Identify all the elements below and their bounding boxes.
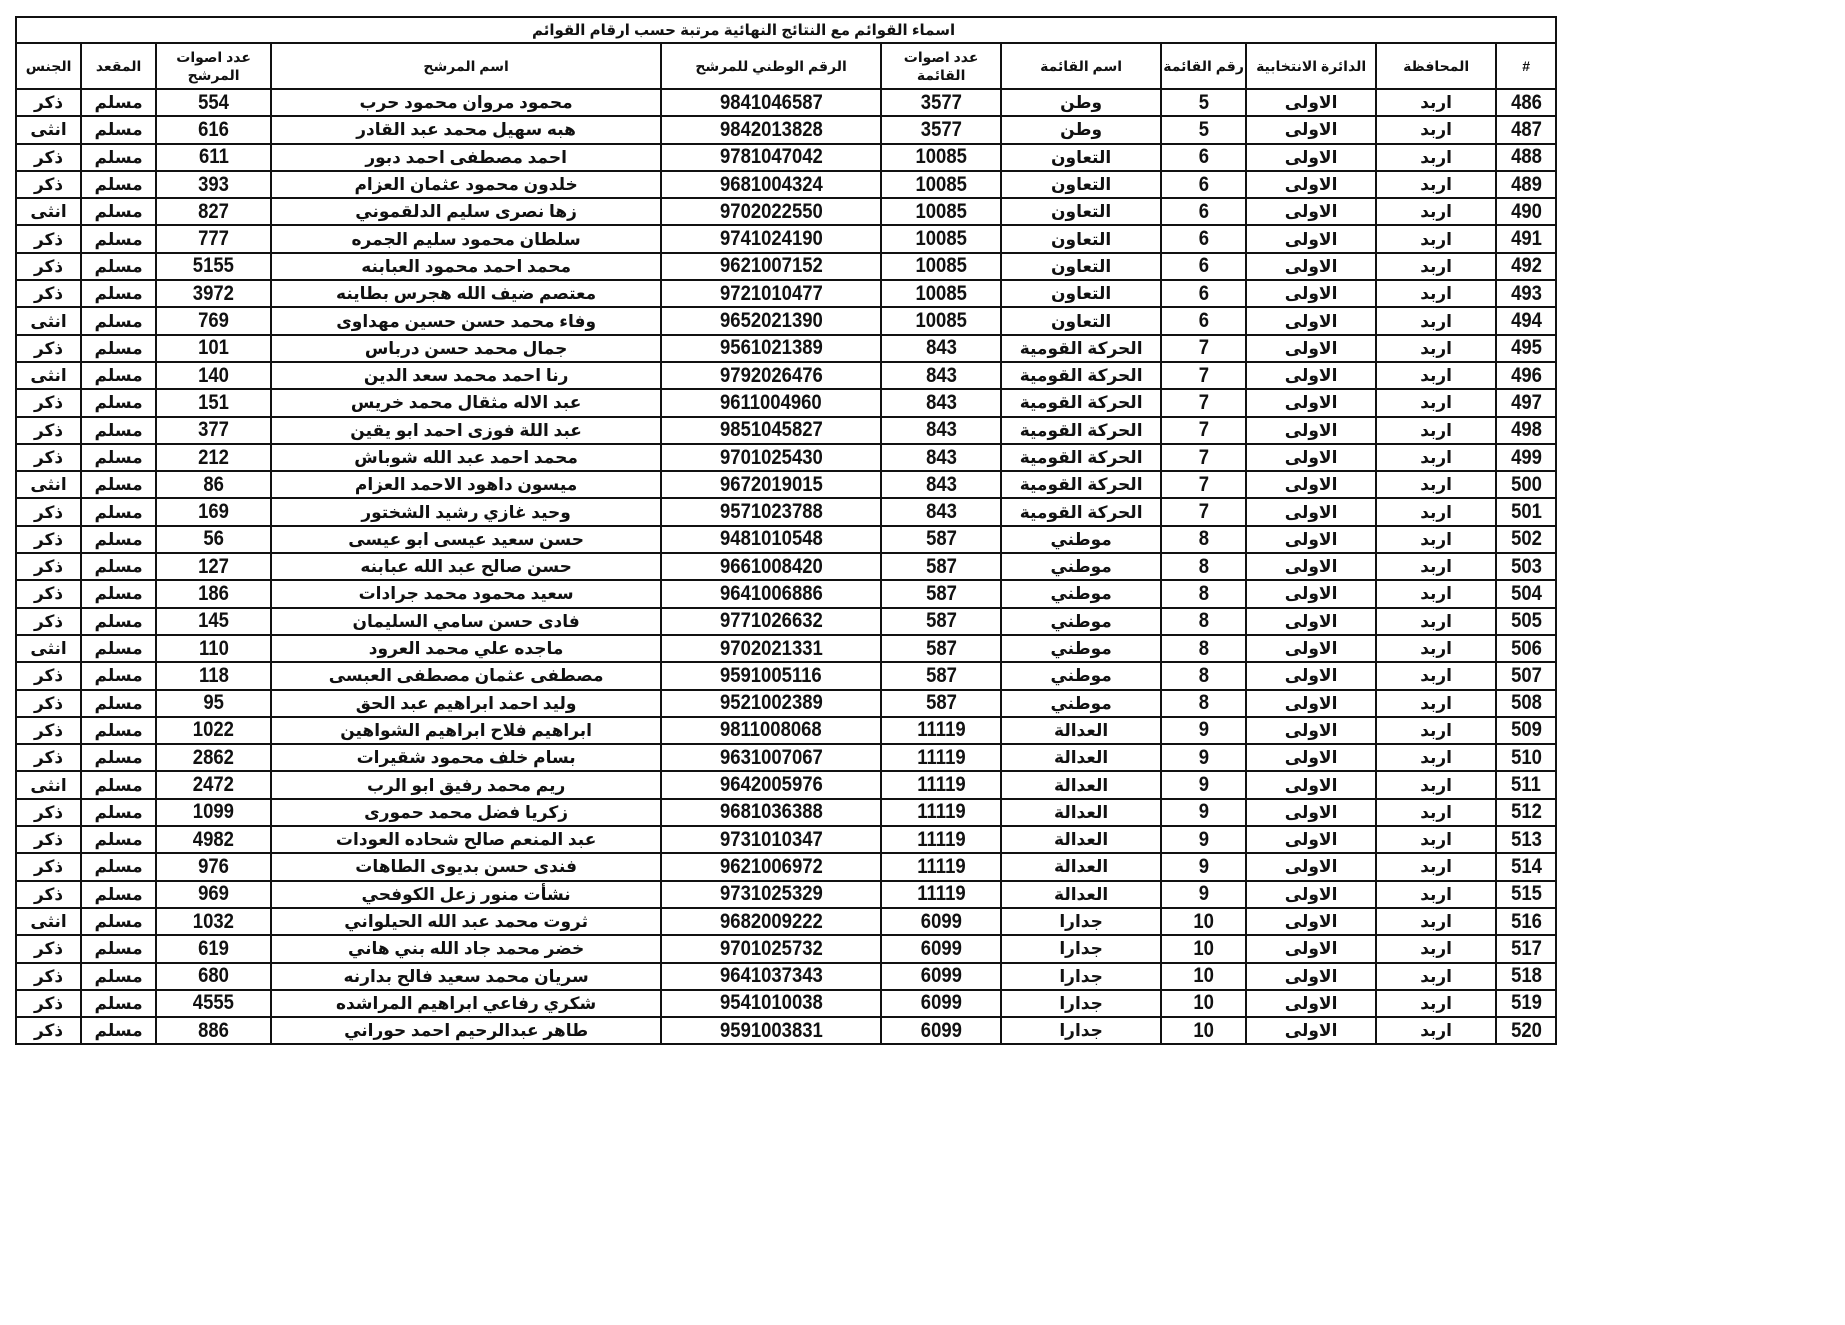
cell-seat-text: مسلم (95, 448, 143, 467)
cell-national-id-text: 9721010477 (720, 282, 823, 306)
cell-candidate-name: ثروت محمد عبد الله الحيلواني (271, 908, 661, 935)
cell-index: 518 (1496, 963, 1556, 990)
cell-governorate: اربد (1376, 253, 1496, 280)
cell-district: الاولى (1246, 553, 1376, 580)
cell-index: 503 (1496, 553, 1556, 580)
cell-list-votes-text: 11119 (917, 882, 965, 906)
cell-governorate: اربد (1376, 335, 1496, 362)
cell-index: 490 (1496, 198, 1556, 225)
table-row: 511اربدالاولى9العدالة111199642005976ريم … (16, 771, 1556, 798)
cell-governorate: اربد (1376, 771, 1496, 798)
cell-candidate-votes-text: 827 (198, 200, 229, 224)
cell-seat-text: مسلم (95, 202, 143, 221)
cell-candidate-name-text: محمد احمد عبد الله شوباش (354, 448, 578, 467)
cell-gender: ذكر (16, 690, 81, 717)
cell-candidate-votes: 186 (156, 580, 271, 607)
cell-gender-text: ذكر (34, 803, 63, 822)
cell-seat: مسلم (81, 635, 156, 662)
cell-list-votes-text: 587 (926, 691, 957, 715)
cell-governorate: اربد (1376, 144, 1496, 171)
cell-list-votes-text: 10085 (915, 200, 966, 224)
cell-national-id: 9641006886 (661, 580, 881, 607)
cell-district-text: الاولى (1285, 202, 1338, 221)
cell-gender: ذكر (16, 580, 81, 607)
cell-gender-text: ذكر (34, 503, 63, 522)
cell-national-id-text: 9702021331 (720, 637, 823, 661)
cell-governorate: اربد (1376, 526, 1496, 553)
cell-district: الاولى (1246, 662, 1376, 689)
cell-candidate-name: نشأت منور زعل الكوفحي (271, 881, 661, 908)
cell-governorate: اربد (1376, 635, 1496, 662)
cell-candidate-name: زكريا فضل محمد حمورى (271, 799, 661, 826)
cell-candidate-name-text: ثروت محمد عبد الله الحيلواني (344, 912, 588, 931)
cell-index-text: 516 (1511, 910, 1542, 934)
cell-list-number: 6 (1161, 198, 1246, 225)
cell-list-number: 6 (1161, 280, 1246, 307)
cell-district-text: الاولى (1285, 284, 1338, 303)
cell-candidate-name: معتصم ضيف الله هجرس بطاينه (271, 280, 661, 307)
cell-gender-text: انثى (30, 776, 66, 795)
cell-list-votes-text: 843 (926, 446, 957, 470)
cell-seat: مسلم (81, 171, 156, 198)
table-row: 516اربدالاولى10جدارا60999682009222ثروت م… (16, 908, 1556, 935)
cell-district: الاولى (1246, 280, 1376, 307)
cell-index: 520 (1496, 1017, 1556, 1044)
cell-candidate-votes: 976 (156, 853, 271, 880)
cell-list-votes: 11119 (881, 744, 1001, 771)
cell-index-text: 495 (1511, 336, 1542, 360)
cell-gender: انثى (16, 771, 81, 798)
cell-list-name-text: جدارا (1059, 912, 1103, 931)
cell-district: الاولى (1246, 744, 1376, 771)
cell-seat-text: مسلم (95, 776, 143, 795)
cell-district-text: الاولى (1285, 885, 1338, 904)
cell-gender-text: ذكر (34, 284, 63, 303)
cell-governorate: اربد (1376, 744, 1496, 771)
cell-list-number-text: 9 (1198, 882, 1208, 906)
cell-national-id-text: 9521002389 (720, 691, 823, 715)
cell-list-votes-text: 10085 (915, 227, 966, 251)
cell-index-text: 497 (1511, 391, 1542, 415)
cell-candidate-name: طاهر عبدالرحيم احمد حوراني (271, 1017, 661, 1044)
cell-index-text: 500 (1511, 473, 1542, 497)
cell-candidate-votes: 5155 (156, 253, 271, 280)
cell-list-votes-text: 843 (926, 500, 957, 524)
cell-candidate-votes: 2472 (156, 771, 271, 798)
cell-governorate-text: اربد (1420, 93, 1452, 112)
cell-list-votes: 6099 (881, 908, 1001, 935)
cell-governorate: اربد (1376, 389, 1496, 416)
cell-national-id: 9541010038 (661, 990, 881, 1017)
cell-national-id-text: 9851045827 (720, 418, 823, 442)
cell-gender-text: ذكر (34, 612, 63, 631)
cell-index: 489 (1496, 171, 1556, 198)
cell-candidate-votes-text: 377 (198, 418, 229, 442)
cell-governorate-text: اربد (1420, 202, 1452, 221)
cell-list-votes-text: 10085 (915, 309, 966, 333)
cell-list-name: موطني (1001, 690, 1161, 717)
cell-candidate-votes: 145 (156, 608, 271, 635)
cell-national-id-text: 9661008420 (720, 555, 823, 579)
col-header-list-name: اسم القائمة (1001, 43, 1161, 89)
cell-governorate-text: اربد (1420, 639, 1452, 658)
cell-index: 519 (1496, 990, 1556, 1017)
cell-candidate-votes-text: 86 (203, 473, 224, 497)
cell-list-name: الحركة القومية (1001, 498, 1161, 525)
cell-district-text: الاولى (1285, 503, 1338, 522)
cell-national-id: 9672019015 (661, 471, 881, 498)
cell-national-id-text: 9701025732 (720, 937, 823, 961)
cell-seat: مسلم (81, 908, 156, 935)
table-row: 519اربدالاولى10جدارا60999541010038شكري ر… (16, 990, 1556, 1017)
cell-list-number: 9 (1161, 717, 1246, 744)
cell-candidate-name: رنا احمد محمد سعد الدين (271, 362, 661, 389)
cell-national-id: 9591003831 (661, 1017, 881, 1044)
col-header-list-number: رقم القائمة (1161, 43, 1246, 89)
cell-candidate-votes-text: 56 (203, 527, 224, 551)
cell-candidate-name: سريان محمد سعيد فالح بدارنه (271, 963, 661, 990)
cell-list-name-text: التعاون (1051, 175, 1111, 194)
table-row: 518اربدالاولى10جدارا60999641037343سريان … (16, 963, 1556, 990)
cell-list-votes-text: 11119 (917, 855, 965, 879)
cell-seat: مسلم (81, 116, 156, 143)
cell-district-text: الاولى (1285, 776, 1338, 795)
cell-index-text: 501 (1511, 500, 1542, 524)
cell-governorate: اربد (1376, 225, 1496, 252)
cell-list-name: جدارا (1001, 1017, 1161, 1044)
cell-national-id-text: 9652021390 (720, 309, 823, 333)
cell-list-name: جدارا (1001, 935, 1161, 962)
cell-candidate-name-text: جمال محمد حسن درباس (365, 339, 568, 358)
cell-candidate-votes: 140 (156, 362, 271, 389)
cell-seat-text: مسلم (95, 666, 143, 685)
cell-gender: ذكر (16, 280, 81, 307)
cell-index: 505 (1496, 608, 1556, 635)
cell-gender-text: ذكر (34, 339, 63, 358)
cell-list-number-text: 10 (1193, 937, 1214, 961)
cell-index: 497 (1496, 389, 1556, 416)
cell-candidate-name: خلدون محمود عثمان العزام (271, 171, 661, 198)
cell-governorate: اربد (1376, 89, 1496, 116)
cell-candidate-votes-text: 769 (198, 309, 229, 333)
cell-candidate-votes: 611 (156, 144, 271, 171)
cell-list-number-text: 8 (1198, 664, 1208, 688)
cell-candidate-name-text: ابراهيم فلاح ابراهيم الشواهين (340, 721, 592, 740)
cell-governorate-text: اربد (1420, 475, 1452, 494)
cell-seat-text: مسلم (95, 366, 143, 385)
cell-candidate-name-text: وليد احمد ابراهيم عبد الحق (356, 694, 577, 713)
cell-candidate-votes: 3972 (156, 280, 271, 307)
cell-national-id: 9721010477 (661, 280, 881, 307)
cell-seat: مسلم (81, 744, 156, 771)
cell-list-votes: 843 (881, 498, 1001, 525)
cell-candidate-name-text: زكريا فضل محمد حمورى (364, 803, 568, 822)
cell-governorate-text: اربد (1420, 885, 1452, 904)
cell-index: 510 (1496, 744, 1556, 771)
cell-list-votes: 10085 (881, 171, 1001, 198)
cell-national-id: 9701025430 (661, 444, 881, 471)
cell-list-name: العدالة (1001, 853, 1161, 880)
cell-governorate: اربد (1376, 498, 1496, 525)
cell-gender: ذكر (16, 853, 81, 880)
cell-candidate-name: ميسون داهود الاحمد العزام (271, 471, 661, 498)
cell-list-votes-text: 3577 (921, 118, 962, 142)
cell-gender-text: انثى (30, 312, 66, 331)
cell-national-id-text: 9681036388 (720, 800, 823, 824)
cell-candidate-votes-text: 212 (198, 446, 229, 470)
cell-list-name-text: العدالة (1054, 885, 1108, 904)
cell-list-votes-text: 11119 (917, 773, 965, 797)
cell-list-name-text: العدالة (1054, 721, 1108, 740)
cell-list-number-text: 10 (1193, 991, 1214, 1015)
cell-list-number: 8 (1161, 635, 1246, 662)
table-row: 489اربدالاولى6التعاون100859681004324خلدو… (16, 171, 1556, 198)
cell-gender-text: ذكر (34, 557, 63, 576)
cell-national-id: 9842013828 (661, 116, 881, 143)
cell-candidate-name: حسن صالح عبد الله عبابنه (271, 553, 661, 580)
cell-candidate-votes: 4982 (156, 826, 271, 853)
cell-governorate-text: اربد (1420, 1021, 1452, 1040)
table-row: 505اربدالاولى8موطني5879771026632فادى حسن… (16, 608, 1556, 635)
cell-candidate-votes-text: 616 (198, 118, 229, 142)
cell-district-text: الاولى (1285, 448, 1338, 467)
cell-index-text: 488 (1511, 145, 1542, 169)
cell-governorate-text: اربد (1420, 912, 1452, 931)
cell-list-number: 10 (1161, 908, 1246, 935)
cell-district-text: الاولى (1285, 530, 1338, 549)
cell-gender-text: انثى (30, 202, 66, 221)
cell-list-number-text: 8 (1198, 527, 1208, 551)
cell-national-id-text: 9702022550 (720, 200, 823, 224)
cell-list-number: 9 (1161, 744, 1246, 771)
cell-list-number: 9 (1161, 853, 1246, 880)
cell-index: 496 (1496, 362, 1556, 389)
cell-list-votes-text: 587 (926, 555, 957, 579)
cell-gender: انثى (16, 116, 81, 143)
cell-candidate-name-text: سعيد محمود محمد جرادات (359, 584, 574, 603)
cell-list-name: وطن (1001, 116, 1161, 143)
cell-district-text: الاولى (1285, 421, 1338, 440)
cell-gender: ذكر (16, 608, 81, 635)
cell-district: الاولى (1246, 608, 1376, 635)
header-row: # المحافظة الدائرة الانتخابية رقم القائم… (16, 43, 1556, 89)
cell-candidate-name: ماجده علي محمد العرود (271, 635, 661, 662)
cell-district: الاولى (1246, 826, 1376, 853)
table-row: 494اربدالاولى6التعاون100859652021390وفاء… (16, 307, 1556, 334)
cell-list-number-text: 7 (1198, 336, 1208, 360)
cell-list-votes: 587 (881, 553, 1001, 580)
cell-district: الاولى (1246, 198, 1376, 225)
cell-national-id: 9851045827 (661, 417, 881, 444)
cell-list-number: 5 (1161, 116, 1246, 143)
cell-index-text: 487 (1511, 118, 1542, 142)
cell-list-votes-text: 587 (926, 609, 957, 633)
cell-list-votes-text: 6099 (921, 964, 962, 988)
cell-gender: ذكر (16, 498, 81, 525)
cell-district: الاولى (1246, 171, 1376, 198)
cell-candidate-votes: 169 (156, 498, 271, 525)
cell-national-id-text: 9481010548 (720, 527, 823, 551)
cell-candidate-votes: 95 (156, 690, 271, 717)
cell-seat-text: مسلم (95, 912, 143, 931)
cell-seat: مسلم (81, 498, 156, 525)
cell-index-text: 490 (1511, 200, 1542, 224)
cell-candidate-votes: 110 (156, 635, 271, 662)
cell-index-text: 506 (1511, 637, 1542, 661)
cell-list-name-text: التعاون (1051, 230, 1111, 249)
cell-candidate-name-text: خلدون محمود عثمان العزام (354, 175, 577, 194)
cell-list-votes: 843 (881, 335, 1001, 362)
cell-index: 500 (1496, 471, 1556, 498)
cell-list-number-text: 6 (1198, 254, 1208, 278)
cell-list-number: 7 (1161, 444, 1246, 471)
cell-national-id-text: 9672019015 (720, 473, 823, 497)
cell-list-number: 7 (1161, 335, 1246, 362)
cell-list-name: موطني (1001, 608, 1161, 635)
cell-seat: مسلم (81, 935, 156, 962)
cell-list-name-text: العدالة (1054, 748, 1108, 767)
cell-governorate: اربد (1376, 198, 1496, 225)
cell-candidate-name: شكري رفاعي ابراهيم المراشده (271, 990, 661, 1017)
cell-list-votes-text: 6099 (921, 937, 962, 961)
cell-candidate-votes: 616 (156, 116, 271, 143)
cell-list-number-text: 6 (1198, 200, 1208, 224)
table-row: 515اربدالاولى9العدالة111199731025329نشأت… (16, 881, 1556, 908)
cell-national-id: 9811008068 (661, 717, 881, 744)
cell-gender: ذكر (16, 89, 81, 116)
cell-governorate-text: اربد (1420, 503, 1452, 522)
cell-list-name: العدالة (1001, 799, 1161, 826)
cell-gender-text: ذكر (34, 530, 63, 549)
cell-index-text: 493 (1511, 282, 1542, 306)
cell-district: الاولى (1246, 990, 1376, 1017)
cell-district: الاولى (1246, 89, 1376, 116)
cell-list-votes-text: 10085 (915, 282, 966, 306)
cell-list-votes: 6099 (881, 935, 1001, 962)
cell-gender-text: ذكر (34, 666, 63, 685)
cell-candidate-name-text: طاهر عبدالرحيم احمد حوراني (344, 1021, 588, 1040)
cell-governorate-text: اربد (1420, 803, 1452, 822)
cell-index-text: 512 (1511, 800, 1542, 824)
cell-list-name-text: الحركة القومية (1020, 339, 1143, 358)
cell-national-id: 9521002389 (661, 690, 881, 717)
cell-gender-text: ذكر (34, 994, 63, 1013)
cell-list-name: الحركة القومية (1001, 389, 1161, 416)
cell-national-id: 9771026632 (661, 608, 881, 635)
cell-candidate-name-text: وحيد غازي رشيد الشختور (361, 503, 571, 522)
document-title: اسماء القوائم مع النتائج النهائية مرتبة … (16, 17, 1556, 43)
cell-list-number: 9 (1161, 826, 1246, 853)
table-row: 499اربدالاولى7الحركة القومية843970102543… (16, 444, 1556, 471)
cell-gender: ذكر (16, 935, 81, 962)
cell-gender-text: انثى (30, 912, 66, 931)
cell-gender-text: ذكر (34, 830, 63, 849)
cell-governorate: اربد (1376, 662, 1496, 689)
col-header-national-id: الرقم الوطني للمرشح (661, 43, 881, 89)
cell-list-votes-text: 6099 (921, 1019, 962, 1043)
cell-governorate: اربد (1376, 307, 1496, 334)
cell-gender: ذكر (16, 799, 81, 826)
cell-seat-text: مسلم (95, 284, 143, 303)
cell-district: الاولى (1246, 471, 1376, 498)
cell-list-name: العدالة (1001, 744, 1161, 771)
cell-seat-text: مسلم (95, 393, 143, 412)
cell-governorate-text: اربد (1420, 448, 1452, 467)
cell-governorate: اربد (1376, 116, 1496, 143)
cell-list-number-text: 6 (1198, 173, 1208, 197)
cell-list-number: 7 (1161, 389, 1246, 416)
cell-gender: ذكر (16, 963, 81, 990)
cell-list-number-text: 7 (1198, 418, 1208, 442)
cell-seat-text: مسلم (95, 748, 143, 767)
cell-district: الاولى (1246, 935, 1376, 962)
cell-list-name-text: العدالة (1054, 803, 1108, 822)
cell-candidate-votes: 554 (156, 89, 271, 116)
cell-list-votes-text: 11119 (917, 718, 965, 742)
cell-list-name-text: موطني (1050, 612, 1111, 631)
cell-list-votes: 3577 (881, 89, 1001, 116)
cell-list-votes-text: 10085 (915, 173, 966, 197)
cell-list-name: الحركة القومية (1001, 335, 1161, 362)
cell-candidate-votes-text: 554 (198, 91, 229, 115)
cell-list-number: 7 (1161, 417, 1246, 444)
cell-district: الاولى (1246, 389, 1376, 416)
cell-national-id: 9571023788 (661, 498, 881, 525)
table-row: 496اربدالاولى7الحركة القومية843979202647… (16, 362, 1556, 389)
cell-seat-text: مسلم (95, 93, 143, 112)
cell-index: 504 (1496, 580, 1556, 607)
cell-index: 501 (1496, 498, 1556, 525)
cell-gender: ذكر (16, 1017, 81, 1044)
cell-candidate-name: هبه سهيل محمد عبد القادر (271, 116, 661, 143)
cell-candidate-votes: 769 (156, 307, 271, 334)
cell-index-text: 511 (1511, 773, 1541, 797)
table-row: 497اربدالاولى7الحركة القومية843961100496… (16, 389, 1556, 416)
cell-candidate-name-text: سريان محمد سعيد فالح بدارنه (344, 967, 589, 986)
cell-candidate-name: عبد اللة فوزى احمد ابو يقين (271, 417, 661, 444)
cell-governorate: اربد (1376, 553, 1496, 580)
cell-district: الاولى (1246, 417, 1376, 444)
cell-seat: مسلم (81, 335, 156, 362)
cell-list-votes-text: 843 (926, 364, 957, 388)
cell-seat-text: مسلم (95, 939, 143, 958)
cell-list-name: العدالة (1001, 881, 1161, 908)
cell-candidate-name: حسن سعيد عيسى ابو عيسى (271, 526, 661, 553)
cell-index: 498 (1496, 417, 1556, 444)
cell-list-votes: 587 (881, 662, 1001, 689)
cell-district-text: الاولى (1285, 912, 1338, 931)
cell-district: الاولى (1246, 771, 1376, 798)
cell-governorate-text: اربد (1420, 148, 1452, 167)
cell-seat: مسلم (81, 253, 156, 280)
cell-candidate-name-text: خضر محمد جاد الله بني هاني (348, 939, 584, 958)
cell-list-votes: 3577 (881, 116, 1001, 143)
cell-governorate: اربد (1376, 799, 1496, 826)
cell-index: 511 (1496, 771, 1556, 798)
cell-candidate-name-text: مصطفى عثمان مصطفى العبسى (329, 666, 604, 685)
cell-governorate: اربد (1376, 417, 1496, 444)
cell-national-id-text: 9641037343 (720, 964, 823, 988)
col-header-index: # (1496, 43, 1556, 89)
cell-governorate-text: اربد (1420, 557, 1452, 576)
cell-seat: مسلم (81, 881, 156, 908)
table-row: 510اربدالاولى9العدالة111199631007067بسام… (16, 744, 1556, 771)
cell-district-text: الاولى (1285, 748, 1338, 767)
cell-candidate-votes-text: 5155 (193, 254, 234, 278)
cell-gender: ذكر (16, 881, 81, 908)
cell-index-text: 491 (1511, 227, 1542, 251)
cell-district-text: الاولى (1285, 830, 1338, 849)
